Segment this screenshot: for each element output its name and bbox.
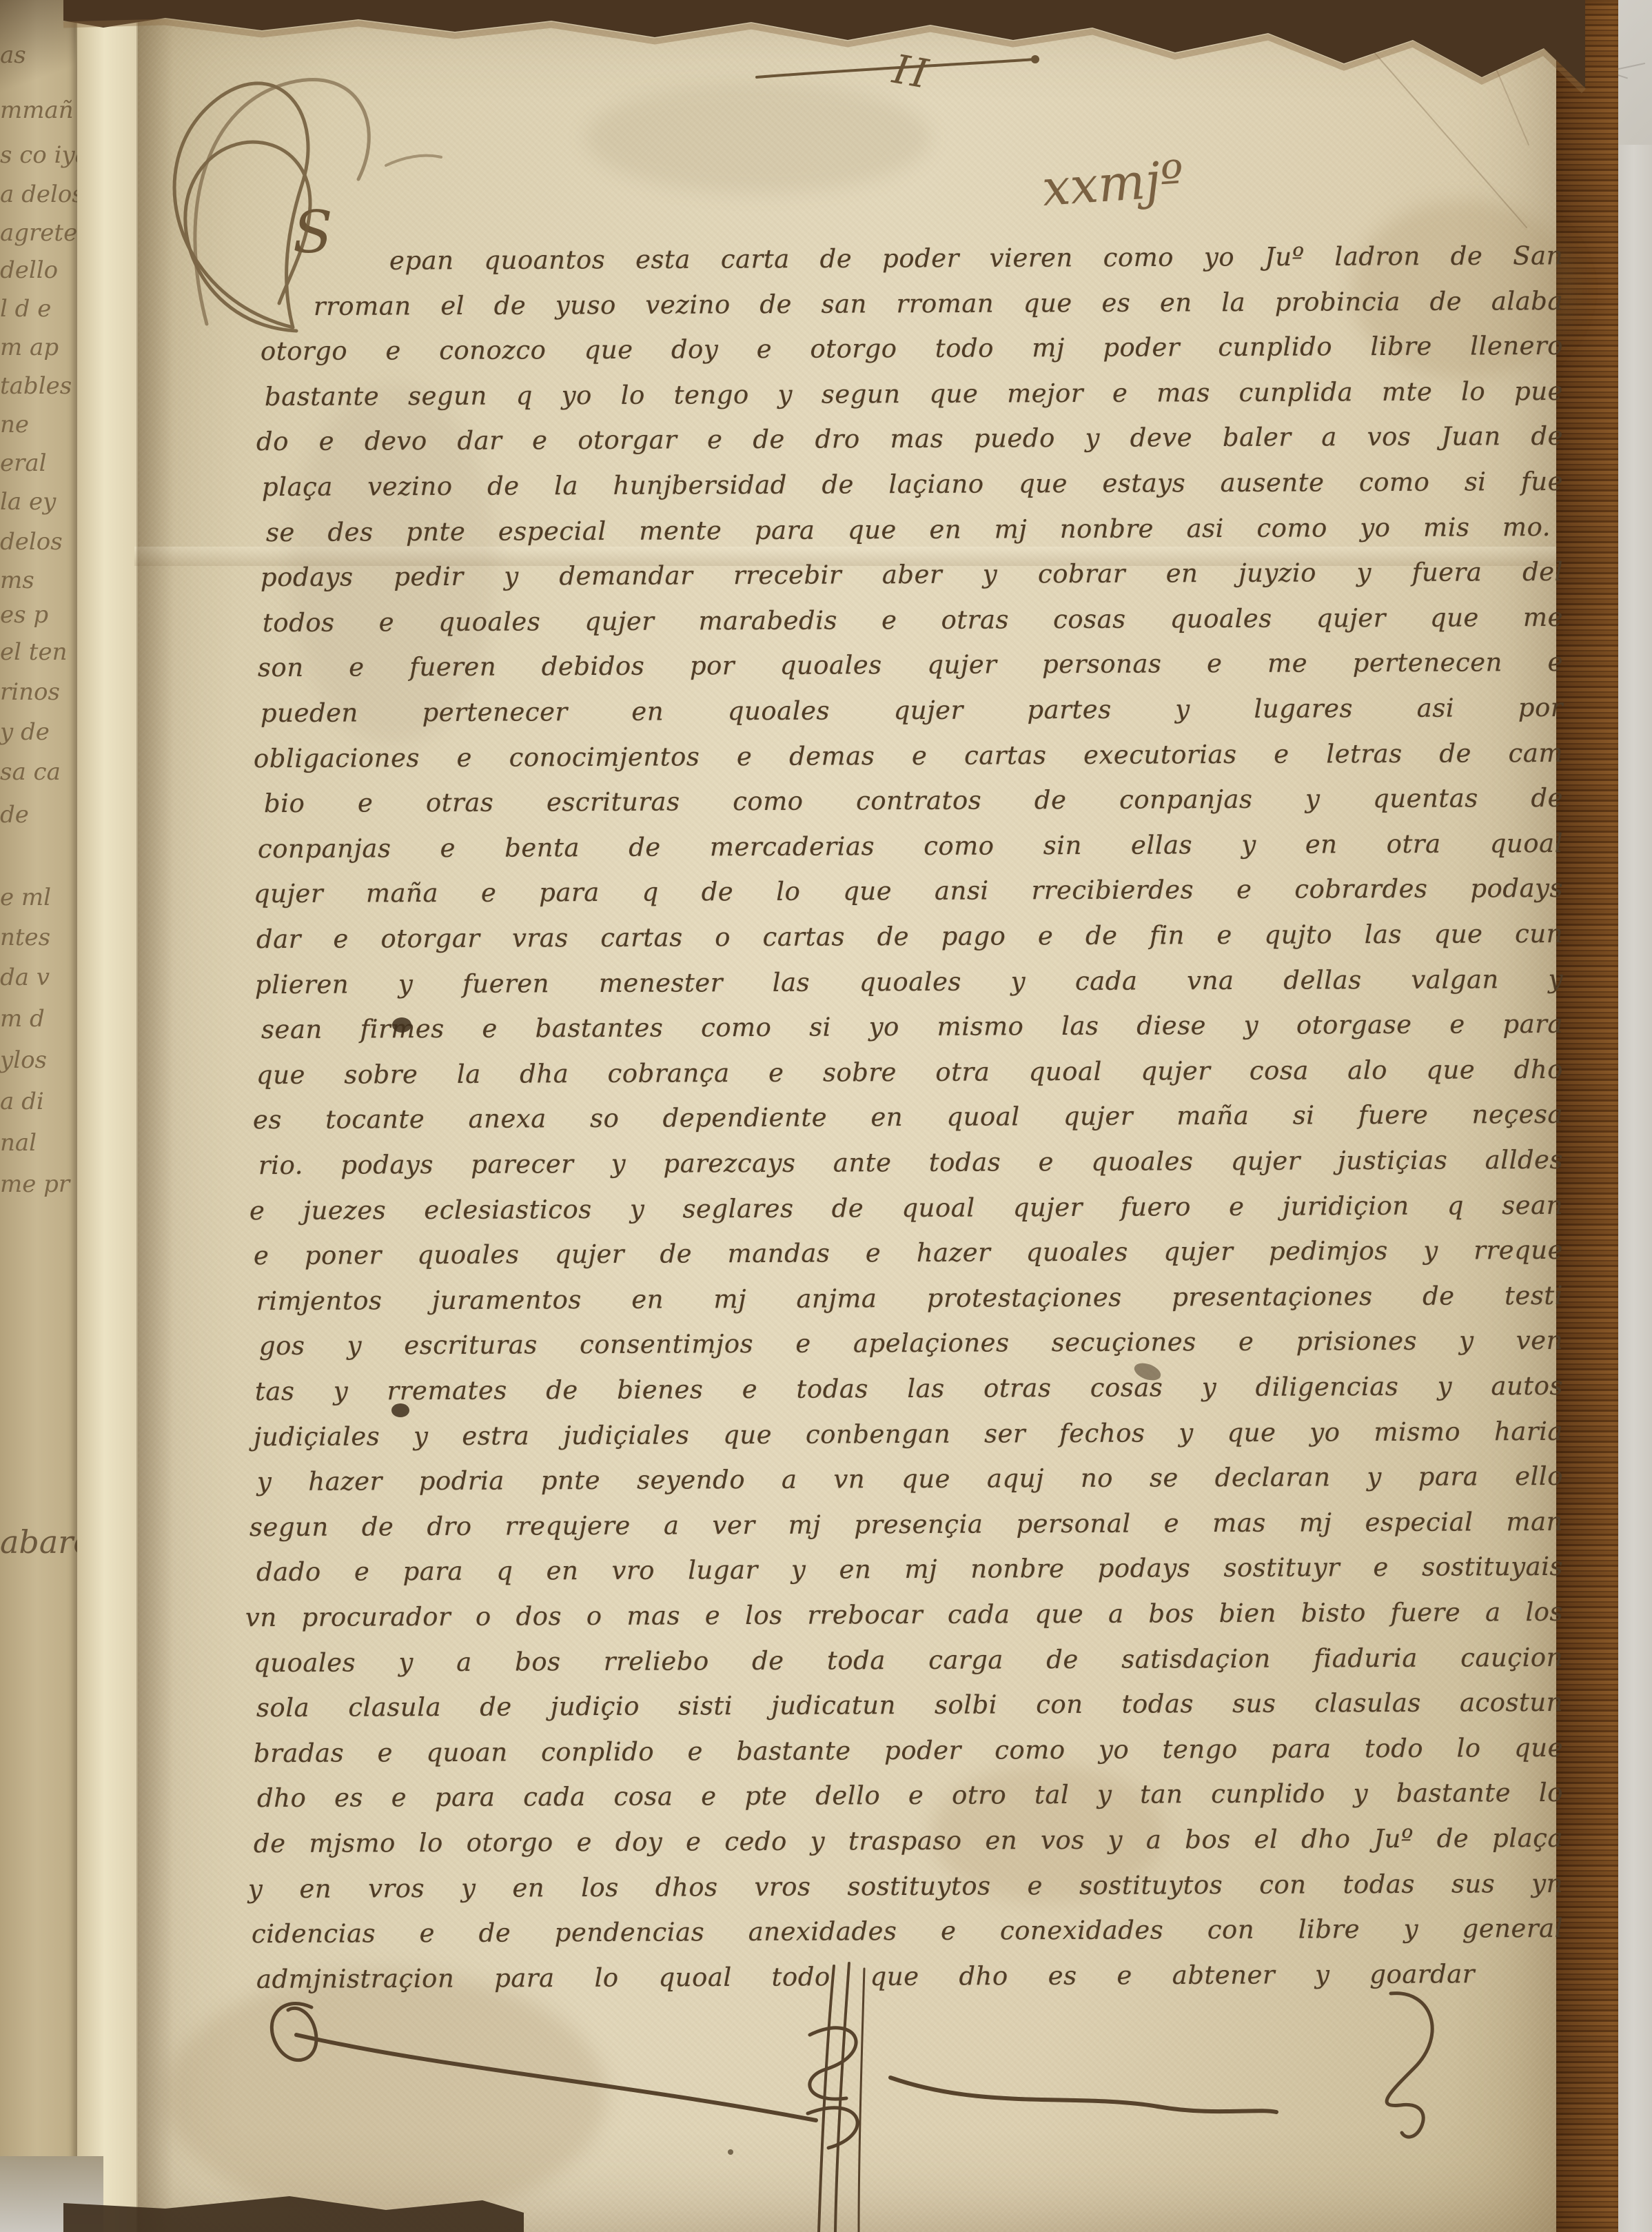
margin-fragment: y de [0, 718, 77, 746]
margin-fragment: es p [0, 601, 77, 629]
manuscript-line: rio. podays parecer y parezcays ante tod… [258, 1144, 1563, 1181]
margin-fragment: ntes [0, 924, 77, 951]
manuscript-line: rroman el de yuso vezino de san rroman q… [314, 285, 1563, 323]
margin-fragment: a delos [0, 181, 77, 208]
manuscript-line: gos y escrituras consentimjos e apelaçio… [259, 1325, 1563, 1362]
margin-fragment: e ml [0, 884, 77, 911]
margin-fragment: m ap [0, 334, 77, 361]
manuscript-line: bio e otras escrituras como contratos de… [264, 782, 1563, 820]
manuscript-line: sola clasula de judiçio sisti judicatun … [256, 1687, 1563, 1724]
margin-fragment: ylos [0, 1046, 77, 1074]
margin-fragment: me pr [0, 1170, 77, 1198]
page-fold-edge [77, 0, 138, 2232]
manuscript-photo: asmmañs co iyaa delosagreterdellol d em … [0, 0, 1652, 2232]
margin-fragment: m d [0, 1005, 77, 1033]
manuscript-line: tas y rremates de bienes e todas las otr… [255, 1370, 1563, 1408]
manuscript-line: rimjentos juramentos en mj anjma protest… [256, 1280, 1563, 1317]
manuscript-line: e juezes eclesiasticos y seglares de quo… [249, 1190, 1563, 1227]
margin-fragment: el ten [0, 638, 77, 666]
margin-fragment: l d e [0, 295, 77, 323]
margin-fragment: de [0, 801, 77, 829]
backing-paper-bottom-left [0, 2156, 103, 2232]
margin-fragment: agreter [0, 219, 77, 247]
manuscript-line: do e devo dar e otorgar e de dro mas pue… [256, 420, 1563, 458]
manuscript-line: epan quoantos esta carta de poder vieren… [389, 240, 1563, 276]
manuscript-line: dado e para q en vro lugar y en mj nonbr… [256, 1551, 1563, 1588]
manuscript-line: y en vros y en los dhos vros sostituytos… [248, 1868, 1563, 1905]
margin-fragment: a di [0, 1088, 77, 1115]
manuscript-line: plieren y fueren menester las quoales y … [255, 964, 1563, 1001]
margin-fragment: eral [0, 449, 77, 477]
manuscript-line: podays pedir y demandar rrecebir aber y … [261, 556, 1563, 593]
margin-fragment: abarey [0, 1523, 77, 1561]
margin-fragment: ne [0, 411, 77, 438]
margin-fragment: sa ca [0, 758, 77, 786]
manuscript-line: cidencias e de pendencias anexidades e c… [252, 1913, 1563, 1950]
previous-page-corner-shadow [0, 0, 76, 97]
page-fold-shadow [136, 0, 174, 2232]
manuscript-line: quoales y a bos rreliebo de toda carga d… [254, 1642, 1563, 1679]
page-number-mark: II [890, 45, 935, 98]
margin-fragment: ms [0, 567, 77, 594]
margin-fragment: dello [0, 256, 77, 284]
manuscript-line: de mjsmo lo otorgo e doy e cedo y traspa… [254, 1823, 1563, 1860]
folio-numeral: xxmjº [1040, 150, 1185, 217]
manuscript-line: bradas e quoan conplido e bastante poder… [254, 1732, 1563, 1769]
manuscript-line: dar e otorgar vras cartas o cartas de pa… [256, 918, 1563, 955]
manuscript-line: pueden pertenecer en quoales qujer parte… [261, 692, 1563, 729]
manuscript-line: bastante segun q yo lo tengo y segun que… [265, 376, 1563, 413]
manuscript-line: judiçiales y estra judiçiales que conben… [254, 1416, 1563, 1453]
manuscript-line: segun de dro rrequjere a ver mj presençi… [249, 1506, 1563, 1543]
initial-letter-s: S [293, 199, 333, 266]
manuscript-line: que sobre la dha cobrança e sobre otra q… [256, 1054, 1563, 1091]
manuscript-line: sean firmes e bastantes como si yo mismo… [261, 1008, 1563, 1046]
paper-stain [586, 83, 930, 193]
manuscript-line: obligaciones e conocimjentos e demas e c… [254, 738, 1563, 775]
margin-fragment: la ey [0, 488, 77, 516]
manuscript-line: dho es e para cada cosa e pte dello e ot… [257, 1777, 1563, 1814]
manuscript-line: admjnistraçion para lo quoal todo que dh… [256, 1958, 1475, 1996]
manuscript-line: se des pnte especial mente para que en m… [266, 511, 1551, 549]
margin-fragment: s co iya [0, 141, 77, 169]
margin-fragment: nal [0, 1129, 77, 1157]
manuscript-line: conpanjas e benta de mercaderias como si… [258, 828, 1563, 865]
manuscript-line: todos e quoales qujer marabedis e otras … [263, 602, 1563, 639]
margin-fragment: mmañ [0, 97, 77, 124]
margin-fragment: delos [0, 528, 77, 556]
paper-stain [165, 1971, 606, 2220]
manuscript-line: es tocante anexa so dependiente en quoal… [253, 1099, 1563, 1136]
manuscript-line: son e fueren debidos por quoales qujer p… [258, 647, 1563, 684]
previous-page-edge: asmmañs co iyaa delosagreterdellol d em … [0, 0, 81, 2232]
margin-fragment: rinos [0, 678, 77, 706]
margin-fragment: da v [0, 964, 77, 991]
margin-fragment: tables [0, 372, 77, 400]
manuscript-line: otorgo e conozco que doy e otorgo todo m… [261, 330, 1563, 367]
manuscript-line: plaça vezino de la hunjbersidad de laçia… [262, 466, 1563, 503]
manuscript-line: vn procurador o dos o mas e los rrebocar… [245, 1596, 1563, 1634]
manuscript-line: qujer maña e para q de lo que ansi rreci… [254, 873, 1563, 910]
manuscript-line: y hazer podria pnte seyendo a vn que aqu… [257, 1461, 1563, 1498]
manuscript-line: e poner quoales qujer de mandas e hazer … [254, 1235, 1563, 1272]
